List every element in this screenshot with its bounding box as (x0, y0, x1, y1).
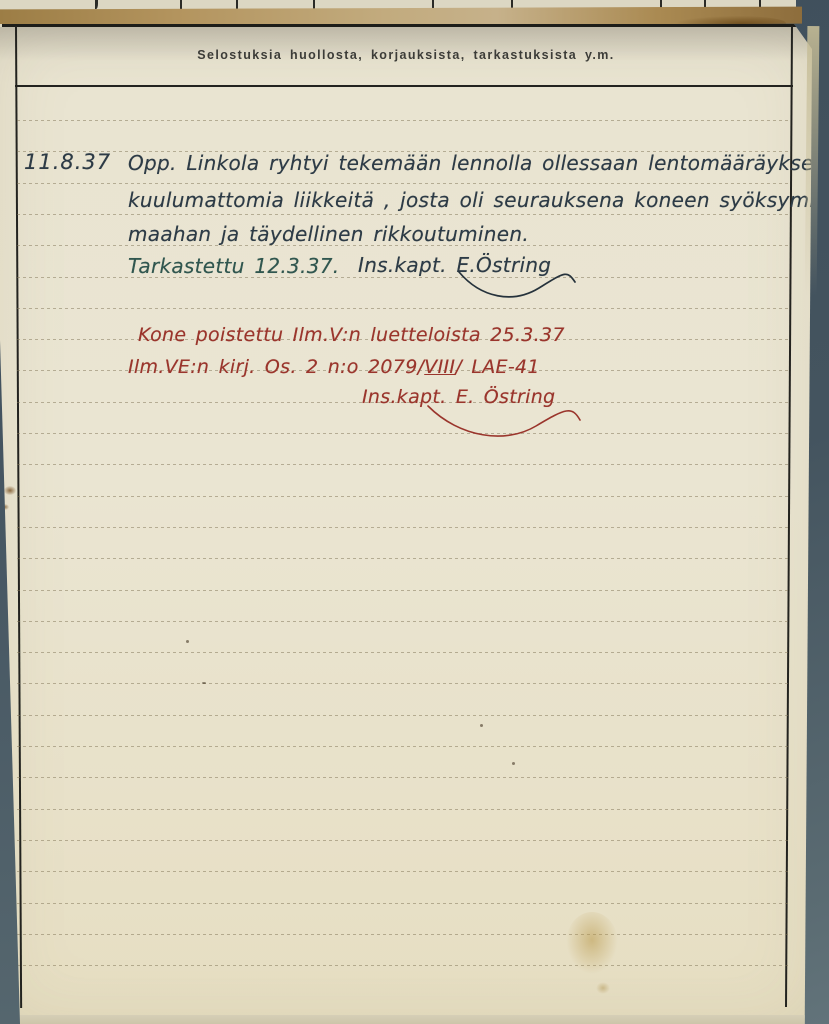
inspection-note: Tarkastettu 12.3.37. (128, 254, 339, 278)
aged-page-edge (0, 7, 802, 27)
page-edge-mark (180, 0, 182, 9)
inspector-signature: Ins.kapt. E.Östring (358, 253, 551, 277)
paper-stain (596, 982, 610, 994)
ruled-line (17, 464, 791, 465)
page-edge-right (805, 26, 820, 296)
entry-line-2: kuulumattomia liikkeitä , josta oli seur… (128, 188, 829, 212)
ruled-line (17, 965, 791, 966)
logbook-page: Selostuksia huollosta, korjauksista, tar… (0, 24, 812, 1024)
paper-stain (566, 912, 618, 974)
entry-line-1: Opp. Linkola ryhtyi tekemään lennolla ol… (128, 151, 829, 175)
ruled-line (17, 621, 791, 622)
edge-stain (4, 486, 16, 495)
ruled-line (17, 903, 791, 904)
paper-speck (202, 682, 206, 684)
entry-line-3: maahan ja täydellinen rikkoutuminen. (128, 222, 529, 246)
ruled-line (17, 871, 791, 872)
ruled-line (17, 308, 791, 309)
ruled-line (17, 496, 791, 497)
paper-speck (480, 724, 483, 727)
removal-line-1: Kone poistettu Ilm.V:n luetteloista 25.3… (138, 324, 565, 346)
ruled-line (17, 214, 791, 215)
ruled-line (17, 120, 791, 121)
ruled-line (17, 652, 791, 653)
removal-line-2: Ilm.VE:n kirj. Os. 2 n:o 2079/VIII/ LAE-… (128, 356, 540, 378)
logbook-photo: Selostuksia huollosta, korjauksista, tar… (0, 0, 829, 1024)
ruled-line (17, 433, 791, 434)
ruled-line (17, 590, 791, 591)
ruled-line (17, 746, 791, 747)
paper-speck (512, 762, 515, 765)
ruled-line (17, 527, 791, 528)
ruled-line (17, 183, 791, 184)
removal-line-2-prefix: Ilm.VE:n kirj. Os. 2 n:o 2079/ (128, 356, 424, 378)
ruled-line (17, 558, 791, 559)
ruled-line (17, 683, 791, 684)
paper-speck (186, 640, 189, 643)
entry-date: 11.8.37 (24, 150, 111, 174)
ruled-line (17, 934, 791, 935)
underlying-page-edge (4, 1015, 808, 1024)
ruled-line (17, 715, 791, 716)
removal-roman-numeral: VIII (424, 356, 455, 378)
removal-line-2-suffix: / LAE-41 (455, 356, 539, 378)
ruled-line (17, 840, 791, 841)
page-edge-mark (95, 0, 98, 9)
removal-signature: Ins.kapt. E. Östring (362, 386, 555, 408)
ruled-line (17, 777, 791, 778)
ruled-line (17, 809, 791, 810)
